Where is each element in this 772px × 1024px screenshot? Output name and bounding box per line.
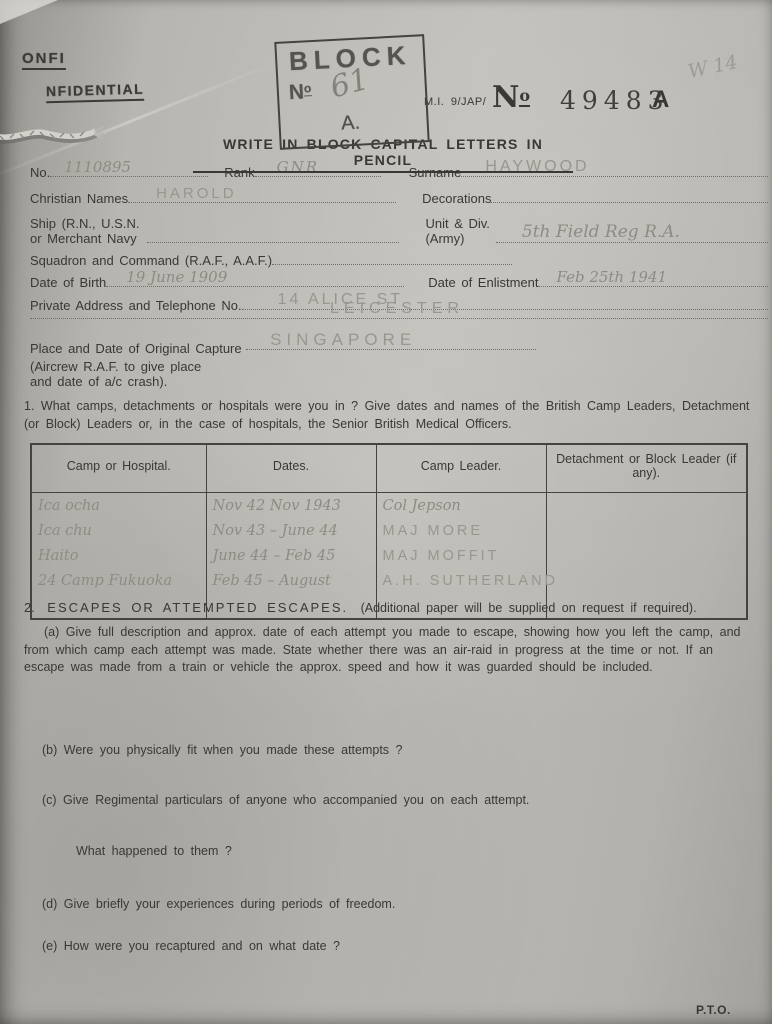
serial-series-letter: A (652, 86, 669, 114)
block-stamp-letter: A. (280, 108, 421, 138)
dates-cell: June 44 – Feb 45 (206, 543, 376, 568)
unit-line: 5th Field Reg R.A. (496, 238, 768, 243)
table-row: Haito June 44 – Feb 45 MAJ MOFFIT (31, 543, 747, 568)
ship-label-line2: or Merchant Navy (30, 231, 139, 246)
block-stamp-no-sup: o (304, 81, 312, 96)
detachment-cell (546, 518, 747, 543)
camps-table-header-row: Camp or Hospital. Dates. Camp Leader. De… (31, 444, 747, 493)
detachment-cell (546, 568, 747, 593)
decorations-label: Decorations (422, 191, 491, 206)
leader-cell: A.H. SUTHERLAND (376, 568, 546, 593)
table-row: 24 Camp Fukuoka Feb 45 – August A.H. SUT… (31, 568, 747, 593)
torn-corner (0, 0, 58, 24)
enlistment-value: Feb 25th 1941 (556, 268, 667, 286)
no-value: 1110895 (64, 158, 131, 176)
confidential-stamp: NFIDENTIAL (46, 81, 145, 104)
squadron-line (272, 260, 512, 265)
decorations-line (491, 198, 768, 203)
col-header-dates: Dates. (206, 444, 376, 493)
binding-thread (0, 114, 112, 156)
leader-cell: MAJ MOFFIT (376, 543, 546, 568)
no-label: No. (30, 165, 50, 180)
question-2-note: (Additional paper will be supplied on re… (361, 601, 697, 615)
christian-names-line: HAROLD (128, 198, 396, 203)
camp-cell: Ica chu (31, 518, 206, 543)
unit-label: Unit & Div. (Army) (425, 216, 489, 246)
camp-cell: 24 Camp Fukuoka (31, 568, 206, 593)
dates-cell: Feb 45 – August (206, 568, 376, 593)
dob-line: 19 June 1909 (106, 282, 404, 287)
unit-label-line1: Unit & Div. (425, 216, 489, 231)
scanned-pow-form: ONFI NFIDENTIAL BLOCK No 61 A. M.I. 9/JA… (0, 0, 772, 1024)
col-header-leader: Camp Leader. (376, 444, 546, 493)
dob-value: 19 June 1909 (126, 268, 227, 286)
camp-cell: Ica ocha (31, 493, 206, 519)
dates-cell: Nov 42 Nov 1943 (206, 493, 376, 519)
christian-names-value: HAROLD (156, 185, 237, 202)
no-field-line: 1110895 (50, 172, 208, 177)
table-row: Ica ocha Nov 42 Nov 1943 Col Jepson (31, 493, 747, 519)
capture-note-line1: (Aircrew R.A.F. to give place (30, 359, 590, 374)
question-2b-text: (b) Were you physically fit when you mad… (42, 742, 402, 760)
form-reference: M.I. 9/JAP/ (424, 96, 486, 108)
confidential-stamp-top: ONFI (22, 50, 66, 70)
serial-no-symbol: No (492, 80, 530, 115)
address-value-line2: LEICESTER (330, 300, 464, 318)
col-header-detachment: Detachment or Block Leader (if any). (546, 444, 747, 493)
detachment-cell (546, 543, 747, 568)
address-line2: LEICESTER (30, 314, 768, 319)
serial-no-o: o (519, 86, 530, 107)
capture-label: Place and Date of Original Capture (30, 341, 242, 356)
question-2c-followup: What happened to them ? (76, 843, 232, 861)
question-1-text: 1. What camps, detachments or hospitals … (24, 398, 750, 433)
leader-cell: MAJ MORE (376, 518, 546, 543)
pencil-corner-note: W 14 (686, 51, 739, 83)
unit-value: 5th Field Reg R.A. (522, 222, 680, 242)
question-2d-text: (d) Give briefly your experiences during… (42, 896, 395, 914)
question-2c-text: (c) Give Regimental particulars of anyon… (42, 792, 529, 810)
camps-table: Camp or Hospital. Dates. Camp Leader. De… (30, 443, 748, 620)
question-2-heading: ESCAPES OR ATTEMPTED ESCAPES. (47, 600, 348, 615)
unit-label-line2: (Army) (425, 231, 489, 246)
detachment-cell (546, 493, 747, 519)
christian-names-label: Christian Names (30, 191, 128, 206)
ship-label-line1: Ship (R.N., U.S.N. (30, 216, 139, 231)
address-label: Private Address and Telephone No. (30, 298, 242, 313)
capture-line: SINGAPORE (246, 345, 536, 350)
block-stamp-no: N (288, 81, 304, 105)
question-2e-text: (e) How were you recaptured and on what … (42, 938, 340, 956)
col-header-camp: Camp or Hospital. (31, 444, 206, 493)
question-2a-text: (a) Give full description and approx. da… (24, 624, 754, 677)
ship-label: Ship (R.N., U.S.N. or Merchant Navy (30, 216, 139, 246)
camp-cell: Haito (31, 543, 206, 568)
block-number-stamp: BLOCK No 61 A. (274, 34, 429, 150)
ship-line (147, 238, 399, 243)
enlistment-label: Date of Enlistment (428, 275, 538, 290)
capture-note-line2: and date of a/c crash). (30, 374, 590, 389)
pto-footer: P.T.O. (696, 1003, 731, 1017)
table-row: Ica chu Nov 43 – June 44 MAJ MORE (31, 518, 747, 543)
capture-value: SINGAPORE (270, 330, 416, 350)
serial-no-n: N (492, 80, 519, 115)
leader-cell: Col Jepson (376, 493, 546, 519)
enlistment-line: Feb 25th 1941 (538, 282, 768, 287)
squadron-label: Squadron and Command (R.A.F., A.A.F.) (30, 253, 272, 268)
dates-cell: Nov 43 – June 44 (206, 518, 376, 543)
question-2-number: 2. (24, 600, 35, 615)
address-line1: 14 ALICE ST (242, 305, 768, 310)
dob-label: Date of Birth (30, 275, 106, 290)
